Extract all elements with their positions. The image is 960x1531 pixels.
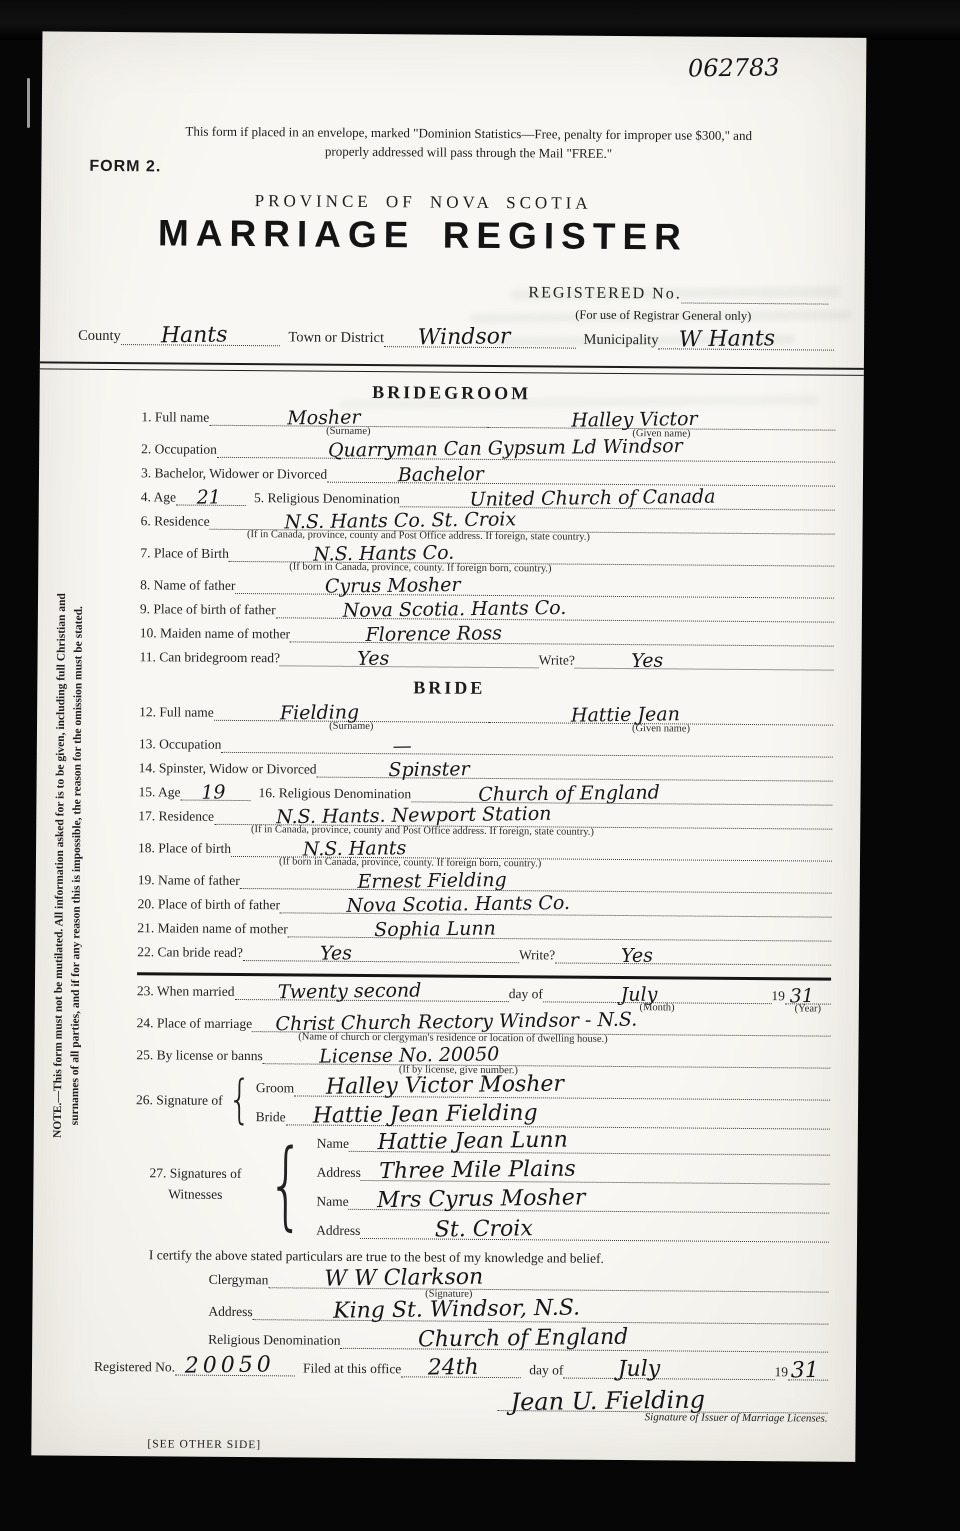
registered-filed-row: Registered No. 20050 Filed at this offic… (94, 1355, 828, 1381)
clergy-address-entry: King St. Windsor, N.S. (253, 1301, 829, 1325)
field-br-occupation: 13. Occupation — (139, 732, 833, 757)
filed-day-value: 24th (427, 1357, 478, 1380)
registered-no-value: 20050 (184, 1354, 274, 1377)
br-given-entry: Hattie Jean (Given name) (489, 704, 833, 726)
field-br-father-birthplace: 20. Place of birth of father Nova Scotia… (138, 892, 832, 917)
witness1-name-entry: Hattie Jean Lunn (349, 1133, 830, 1156)
bride-label: Bride (256, 1109, 286, 1125)
br-religion-entry: Church of England (411, 783, 833, 805)
field-br-read-write: 22. Can bride read? Yes Write? Yes (137, 940, 831, 965)
bride-signature-entry: Hattie Jean Fielding (286, 1106, 830, 1129)
field-bg-status: 3. Bachelor, Widower or Divorced Bachelo… (141, 461, 835, 486)
br-father-label: 19. Name of father (138, 872, 240, 889)
field-bg-father: 8. Name of father Cyrus Mosher (140, 573, 834, 598)
br-full-name-label: 12. Full name (139, 704, 214, 721)
witness2-name-row: Name Mrs Cyrus Mosher (316, 1190, 829, 1214)
place-of-marriage-label: 24. Place of marriage (137, 1015, 253, 1032)
br-religion-label: 16. Religious Denomination (258, 785, 411, 802)
field-br-status: 14. Spinster, Widow or Divorced Spinster (139, 756, 833, 781)
br-given-sublabel: (Given name) (489, 722, 833, 736)
municipality-label: Municipality (584, 332, 659, 350)
license-label: 25. By license or banns (136, 1047, 262, 1064)
bg-age-label: 4. Age (141, 489, 176, 505)
town-label: Town or District (288, 329, 384, 347)
bg-write-entry: Yes (575, 650, 834, 671)
clergyman-signature-value: W W Clarkson (324, 1267, 483, 1291)
bg-father-label: 8. Name of father (140, 577, 235, 594)
witnesses-label-line1: 27. Signatures of (135, 1163, 255, 1184)
field-bg-full-name: 1. Full name Mosher (Surname) Halley Vic… (141, 405, 835, 430)
field-signatures-of-couple: 26. Signature of { Groom Halley Victor M… (136, 1075, 830, 1129)
clergy-religion-value: Church of England (418, 1327, 629, 1352)
br-residence-entry: N.S. Hants. Newport Station (If in Canad… (214, 806, 832, 830)
witness2-address-entry: St. Croix (360, 1220, 829, 1243)
double-rule (40, 361, 864, 375)
br-religion-value: Church of England (478, 784, 660, 805)
registered-label: Registered No. (94, 1359, 175, 1376)
br-birthplace-entry: N.S. Hants (If born in Canada, province,… (231, 838, 832, 862)
field-bg-mother: 10. Maiden name of mother Florence Ross (140, 621, 834, 646)
witness2-address-label: Address (316, 1223, 360, 1239)
month-entry: July (Month) (543, 983, 772, 1004)
registrar-general-note: (For use of Registrar General only) (498, 307, 828, 325)
marriage-register-form: NOTE.—This form must not be mutilated. A… (31, 31, 866, 1461)
witness1-address-row: Address Three Mile Plains (317, 1161, 830, 1185)
br-read-entry: Yes (243, 942, 519, 963)
clergy-address-label: Address (208, 1304, 252, 1320)
when-married-label: 23. When married (137, 983, 235, 1000)
clergy-religion-entry: Church of England (341, 1330, 829, 1353)
year-entry: 31 (Year) (785, 985, 831, 1004)
bg-read-label: 11. Can bridegroom read? (140, 649, 281, 666)
br-occupation-label: 13. Occupation (139, 736, 222, 753)
br-read-label: 22. Can bride read? (137, 944, 243, 961)
bg-birthplace-label: 7. Place of Birth (140, 545, 229, 562)
br-father-entry: Ernest Fielding (240, 870, 832, 894)
field-bg-occupation: 2. Occupation Quarryman Can Gypsum Ld Wi… (141, 437, 835, 462)
bg-father-birthplace-label: 9. Place of birth of father (140, 601, 276, 618)
groom-label: Groom (256, 1080, 294, 1096)
br-mother-value: Sophia Lunn (374, 919, 496, 940)
left-brace: { (267, 1142, 304, 1229)
witness2-name-value: Mrs Cyrus Mosher (377, 1187, 586, 1212)
filed-day-entry: 24th (401, 1358, 521, 1378)
form-number-label: FORM 2. (89, 158, 161, 177)
witness1-address-value: Three Mile Plains (379, 1159, 576, 1184)
clergy-address-value: King St. Windsor, N.S. (333, 1298, 580, 1323)
witness1-address-entry: Three Mile Plains (361, 1162, 830, 1185)
witness2-name-entry: Mrs Cyrus Mosher (349, 1191, 830, 1214)
br-father-value: Ernest Fielding (358, 871, 507, 892)
groom-signature-value: Halley Victor Mosher (326, 1074, 564, 1099)
county-label: County (78, 328, 121, 345)
place-of-marriage-entry: Christ Church Rectory Windsor - N.S. (Na… (252, 1013, 831, 1037)
bg-age-value: 21 (197, 488, 221, 507)
field-br-mother: 21. Maiden name of mother Sophia Lunn (137, 916, 831, 941)
bg-father-birthplace-value: Nova Scotia. Hants Co. (342, 599, 566, 621)
filed-day-of-label: day of (529, 1362, 563, 1378)
filed-label: Filed at this office (303, 1361, 401, 1378)
bg-residence-label: 6. Residence (141, 513, 210, 530)
town-value: Windsor (418, 326, 511, 349)
see-other-side-note: [SEE OTHER SIDE] (147, 1438, 855, 1456)
br-status-entry: Spinster (317, 759, 833, 782)
br-age-entry: 19 (180, 782, 250, 802)
form-header: 062783 This form if placed in an envelop… (40, 31, 867, 375)
clergy-block: Clergyman W W Clarkson (Signature) Addre… (208, 1268, 829, 1353)
film-scratch (27, 78, 30, 128)
field-license-or-banns: 25. By license or banns License No. 2005… (136, 1043, 830, 1068)
bg-read-entry: Yes (280, 647, 539, 668)
registered-no-field: REGISTERED No. (528, 283, 828, 304)
left-brace: { (227, 1077, 251, 1124)
clergyman-signature-entry: W W Clarkson (Signature) (268, 1269, 828, 1292)
bg-status-entry: Bachelor (327, 464, 835, 487)
clergy-address-row: Address King St. Windsor, N.S. (208, 1300, 828, 1325)
filed-year-entry: 31 (788, 1361, 828, 1380)
field-br-residence: 17. Residence N.S. Hants. Newport Statio… (138, 804, 832, 829)
br-surname-entry: Fielding (Surname) (214, 702, 489, 723)
bg-father-birthplace-entry: Nova Scotia. Hants Co. (276, 599, 834, 622)
side-note: NOTE.—This form must not be mutilated. A… (49, 532, 90, 1200)
witness1-name-label: Name (317, 1136, 349, 1152)
filed-month-entry: July (563, 1360, 774, 1381)
br-occupation-value: — (392, 737, 411, 756)
br-father-birthplace-label: 20. Place of birth of father (138, 896, 281, 913)
town-entry: Windsor (384, 328, 576, 349)
county-value: Hants (160, 324, 227, 347)
br-age-value: 19 (201, 783, 225, 802)
witness1-name-row: Name Hattie Jean Lunn (317, 1132, 830, 1156)
municipality-entry: W Hants (658, 330, 834, 350)
page-title: MARRIAGE REGISTER (41, 211, 805, 259)
bg-status-label: 3. Bachelor, Widower or Divorced (141, 465, 327, 482)
br-surname-sublabel: (Surname) (214, 720, 489, 734)
br-age-label: 15. Age (138, 784, 180, 800)
county-entry: Hants (121, 326, 281, 346)
registered-no-entry (682, 284, 829, 304)
witnesses-label: 27. Signatures of Witnesses (135, 1163, 255, 1204)
when-day-value: Twenty second (278, 981, 422, 1002)
bg-write-label: Write? (539, 652, 575, 668)
bg-age-entry: 21 (176, 486, 246, 506)
bg-residence-entry: N.S. Hants Co. St. Croix (If in Canada, … (210, 511, 835, 535)
year-sublabel: (Year) (785, 1003, 831, 1015)
issuer-signature-entry: Jean U. Fielding Signature of Issuer of … (498, 1386, 828, 1414)
br-status-label: 14. Spinster, Widow or Divorced (139, 760, 317, 777)
certification-section: I certify the above stated particulars a… (148, 1247, 829, 1413)
municipality-value: W Hants (679, 328, 775, 351)
field-signatures-of-witnesses: 27. Signatures of Witnesses { Name Hatti… (135, 1130, 830, 1242)
field-bg-age-religion: 4. Age 21 5. Religious Denomination Unit… (141, 485, 835, 510)
filed-month-value: July (618, 1358, 661, 1381)
bg-surname-sublabel: (Surname) (209, 425, 487, 439)
groom-signature-row: Groom Halley Victor Mosher (256, 1076, 830, 1101)
field-br-father: 19. Name of father Ernest Fielding (138, 868, 832, 893)
filed-year-prefix: 19 (774, 1364, 788, 1380)
bg-write-value: Yes (631, 652, 663, 671)
field-bg-father-birthplace: 9. Place of birth of father Nova Scotia.… (140, 597, 834, 622)
field-place-of-marriage: 24. Place of marriage Christ Church Rect… (137, 1011, 831, 1036)
license-entry: License No. 20050 (If by license, give n… (263, 1045, 831, 1068)
bg-religion-value: United Church of Canada (469, 488, 715, 510)
registered-no-label: REGISTERED No. (528, 284, 681, 303)
bg-status-value: Bachelor (398, 465, 484, 485)
br-mother-entry: Sophia Lunn (288, 918, 832, 941)
field-bg-read-write: 11. Can bridegroom read? Yes Write? Yes (140, 645, 834, 670)
br-write-label: Write? (519, 947, 555, 963)
day-of-label: day of (509, 986, 543, 1002)
bg-birthplace-entry: N.S. Hants Co. (If born in Canada, provi… (229, 543, 835, 567)
signature-of-label: 26. Signature of (136, 1092, 223, 1109)
clergyman-label: Clergyman (209, 1272, 269, 1288)
witness1-address-label: Address (317, 1165, 361, 1181)
bg-mother-entry: Florence Ross (290, 623, 834, 646)
bg-given-entry: Halley Victor (Given name) (488, 409, 836, 431)
bridegroom-section: 1. Full name Mosher (Surname) Halley Vic… (140, 405, 836, 670)
bride-heading: BRIDE (37, 674, 861, 701)
bg-mother-value: Florence Ross (366, 624, 503, 645)
issuer-signature-row: Jean U. Fielding Signature of Issuer of … (148, 1383, 828, 1413)
field-bg-residence: 6. Residence N.S. Hants Co. St. Croix (I… (141, 509, 835, 534)
clergy-religion-label: Religious Denomination (208, 1332, 340, 1349)
witness2-address-row: Address St. Croix (316, 1219, 829, 1243)
witness1-name-value: Hattie Jean Lunn (378, 1130, 569, 1154)
br-residence-label: 17. Residence (138, 808, 214, 825)
bg-full-name-label: 1. Full name (141, 409, 209, 426)
filed-year-value: 31 (791, 1360, 819, 1382)
bg-father-entry: Cyrus Mosher (235, 575, 834, 599)
witness2-name-label: Name (316, 1194, 348, 1210)
microfilm-scan: { "film": { "handwritten_id": "062783" }… (0, 0, 960, 1531)
issuer-signature-value: Jean U. Fielding (511, 1388, 706, 1415)
br-mother-label: 21. Maiden name of mother (137, 920, 287, 937)
br-write-entry: Yes (555, 944, 831, 965)
br-write-value: Yes (621, 947, 653, 966)
bg-religion-label: 5. Religious Denomination (254, 490, 400, 507)
field-br-full-name: 12. Full name Fielding (Surname) Hattie … (139, 700, 833, 725)
envelope-instructions: This form if placed in an envelope, mark… (131, 122, 805, 165)
field-br-age-religion: 15. Age 19 16. Religious Denomination Ch… (138, 780, 832, 805)
groom-signature-entry: Halley Victor Mosher (294, 1077, 830, 1100)
registered-no-entry: 20050 (175, 1357, 295, 1377)
bride-signature-row: Bride Hattie Jean Fielding (256, 1105, 830, 1130)
br-birthplace-label: 18. Place of birth (138, 840, 231, 857)
clergy-religion-row: Religious Denomination Church of England (208, 1328, 828, 1353)
br-father-birthplace-value: Nova Scotia. Hants Co. (346, 894, 570, 916)
field-when-married: 23. When married Twenty second day of Ju… (137, 979, 831, 1004)
bg-mother-label: 10. Maiden name of mother (140, 625, 290, 642)
field-bg-birthplace: 7. Place of Birth N.S. Hants Co. (If bor… (140, 541, 834, 566)
bride-signature-value: Hattie Jean Fielding (313, 1103, 538, 1128)
when-day-entry: Twenty second (234, 981, 508, 1002)
br-occupation-entry: — (221, 734, 833, 758)
witness2-address-value: St. Croix (435, 1218, 533, 1241)
bg-occupation-entry: Quarryman Can Gypsum Ld Windsor (217, 439, 835, 463)
br-father-birthplace-entry: Nova Scotia. Hants Co. (280, 894, 832, 917)
br-read-value: Yes (320, 944, 352, 963)
bg-read-value: Yes (357, 650, 389, 669)
handwritten-film-number: 062783 (688, 55, 780, 80)
br-status-value: Spinster (389, 760, 470, 780)
field-br-birthplace: 18. Place of birth N.S. Hants (If born i… (138, 836, 832, 861)
clergyman-row: Clergyman W W Clarkson (Signature) (209, 1268, 829, 1293)
location-row: County Hants Town or District Windsor Mu… (78, 326, 834, 351)
bg-occupation-label: 2. Occupation (141, 441, 217, 458)
marriage-section: 23. When married Twenty second day of Ju… (135, 972, 831, 1242)
certify-statement: I certify the above stated particulars a… (149, 1247, 829, 1268)
bg-surname-entry: Mosher (Surname) (209, 407, 487, 428)
bg-occupation-value: Quarryman Can Gypsum Ld Windsor (328, 437, 683, 461)
bg-religion-entry: United Church of Canada (400, 488, 835, 510)
bg-father-value: Cyrus Mosher (325, 576, 461, 597)
issuer-signature-sublabel: Signature of Issuer of Marriage Licenses… (645, 1411, 828, 1424)
year-prefix: 19 (771, 988, 785, 1004)
witnesses-label-line2: Witnesses (135, 1184, 255, 1205)
bride-section: 12. Full name Fielding (Surname) Hattie … (137, 700, 833, 965)
